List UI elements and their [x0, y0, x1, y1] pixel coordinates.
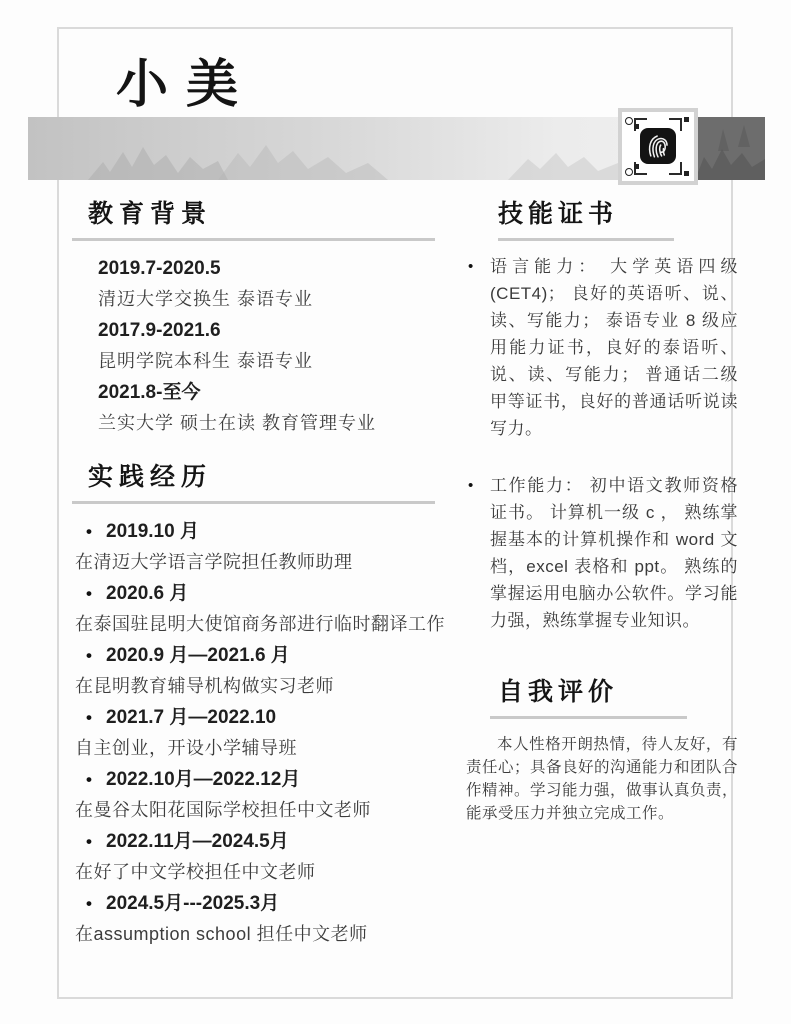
experience-detail: 在好了中文学校担任中文老师 — [72, 857, 447, 888]
registration-square-icon — [634, 164, 639, 169]
skills-list: •语言能力： 大学英语四级 (CET4)； 良好的英语听、说、读、写能力； 泰语… — [466, 253, 738, 634]
experience-detail: 在曼谷太阳花国际学校担任中文老师 — [72, 795, 447, 826]
experience-list: •2019.10 月 在清迈大学语言学院担任教师助理 •2020.6 月 在泰国… — [72, 516, 447, 950]
bullet-icon: • — [86, 826, 106, 857]
registration-square-icon — [684, 171, 689, 176]
experience-detail: 在泰国驻昆明大使馆商务部进行临时翻译工作 — [72, 609, 447, 640]
experience-heading: 实践经历 — [72, 461, 447, 493]
bullet-icon: • — [86, 640, 106, 671]
section-self-evaluation: 自我评价 本人性格开朗热情，待人友好，有责任心；具备良好的沟通能力和团队合作精神… — [466, 676, 738, 825]
skill-item: •语言能力： 大学英语四级 (CET4)； 良好的英语听、说、读、写能力； 泰语… — [466, 253, 738, 442]
heading-rule — [498, 238, 674, 241]
section-experience: 实践经历 •2019.10 月 在清迈大学语言学院担任教师助理 •2020.6 … — [72, 461, 447, 950]
experience-period: •2020.6 月 — [72, 578, 447, 609]
experience-period: •2020.9 月—2021.6 月 — [72, 640, 447, 671]
bullet-icon: • — [86, 764, 106, 795]
registration-square-icon — [634, 124, 639, 129]
bullet-icon: • — [86, 702, 106, 733]
registration-square-icon — [684, 117, 689, 122]
bullet-icon: • — [86, 578, 106, 609]
experience-period: •2024.5月---2025.3月 — [72, 888, 447, 919]
skills-heading: 技能证书 — [466, 198, 738, 230]
self-evaluation-heading: 自我评价 — [466, 676, 738, 708]
section-education: 教育背景 2019.7-2020.5 清迈大学交换生 泰语专业 2017.9-2… — [72, 198, 447, 439]
experience-detail: 在昆明教育辅导机构做实习老师 — [72, 671, 447, 702]
experience-period: •2019.10 月 — [72, 516, 447, 547]
bullet-icon: • — [468, 472, 474, 499]
education-period: 2017.9-2021.6 — [72, 315, 447, 346]
education-list: 2019.7-2020.5 清迈大学交换生 泰语专业 2017.9-2021.6… — [72, 253, 447, 439]
education-heading: 教育背景 — [72, 198, 447, 230]
education-period: 2019.7-2020.5 — [72, 253, 447, 284]
experience-period: •2022.11月—2024.5月 — [72, 826, 447, 857]
experience-detail: 在清迈大学语言学院担任教师助理 — [72, 547, 447, 578]
candidate-name: 小美 — [116, 42, 256, 117]
heading-rule — [72, 501, 435, 504]
experience-detail: 在assumption school 担任中文老师 — [72, 919, 447, 950]
registration-circle-icon — [625, 117, 633, 125]
right-column: 技能证书 •语言能力： 大学英语四级 (CET4)； 良好的英语听、说、读、写能… — [466, 198, 738, 825]
section-skills: 技能证书 •语言能力： 大学英语四级 (CET4)； 良好的英语听、说、读、写能… — [466, 198, 738, 634]
bullet-icon: • — [86, 888, 106, 919]
education-detail: 兰实大学 硕士在读 教育管理专业 — [72, 408, 447, 439]
resume-page: 小美 — [0, 0, 791, 1024]
heading-rule — [72, 238, 435, 241]
education-detail: 昆明学院本科生 泰语专业 — [72, 346, 447, 377]
fingerprint-icon — [640, 128, 676, 164]
experience-period: •2021.7 月—2022.10 — [72, 702, 447, 733]
bullet-icon: • — [468, 253, 474, 280]
bullet-icon: • — [86, 516, 106, 547]
education-period: 2021.8-至今 — [72, 377, 447, 408]
fingerprint-stamp — [618, 108, 698, 185]
left-column: 教育背景 2019.7-2020.5 清迈大学交换生 泰语专业 2017.9-2… — [72, 198, 447, 950]
experience-period: •2022.10月—2022.12月 — [72, 764, 447, 795]
heading-rule — [490, 716, 687, 719]
education-detail: 清迈大学交换生 泰语专业 — [72, 284, 447, 315]
experience-detail: 自主创业，开设小学辅导班 — [72, 733, 447, 764]
skill-item: •工作能力： 初中语文教师资格证书。 计算机一级 c ， 熟练掌握基本的计算机操… — [466, 472, 738, 634]
self-evaluation-text: 本人性格开朗热情，待人友好，有责任心；具备良好的沟通能力和团队合作精神。学习能力… — [466, 733, 738, 825]
registration-circle-icon — [625, 168, 633, 176]
